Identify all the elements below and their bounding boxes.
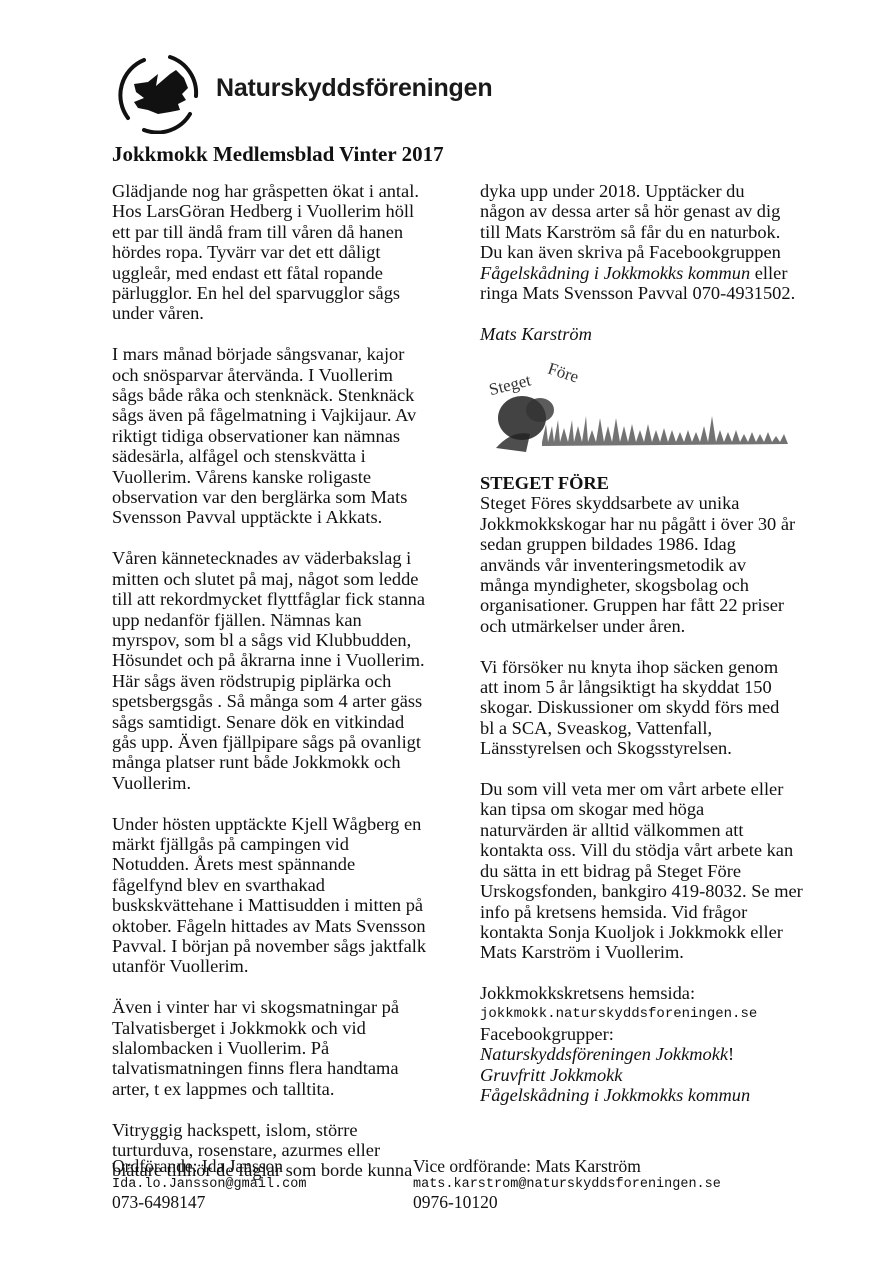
text-line: Talvatisberget i Jokkmokk och vid <box>112 1018 472 1038</box>
text-line: I mars månad började sångsvanar, kajor <box>112 344 472 364</box>
text-fragment: eller <box>750 263 787 283</box>
vice-chair-name: Vice ordförande: Mats Karström <box>413 1157 721 1176</box>
text-line: märkt fjällgås på campingen vid <box>112 834 472 854</box>
text-line: riktigt tidiga observationer kan nämnas <box>112 426 472 446</box>
footer-chair: Ordförande: Ida Jansson Ida.lo.Jansson@g… <box>112 1157 306 1212</box>
text-line: till att rekordmycket flyttfåglar fick s… <box>112 589 472 609</box>
text-line: dyka upp under 2018. Upptäcker du <box>480 181 820 201</box>
text-line: sedan gruppen bildades 1986. Idag <box>480 534 820 554</box>
text-line: ett par till ändå fram till våren då han… <box>112 222 472 242</box>
chair-phone: 073-6498147 <box>112 1193 306 1212</box>
paragraph-hosten: Under hösten upptäckte Kjell Wågberg en … <box>112 814 472 977</box>
text-line: Vuollerim. Vårens kanske roligaste <box>112 467 472 487</box>
signature: Mats Karström <box>480 324 820 344</box>
text-line: fågelfynd blev en svarthakad <box>112 875 472 895</box>
text-line: att inom 5 år långsiktigt ha skyddat 150 <box>480 677 820 697</box>
text-line: Hos LarsGöran Hedberg i Vuollerim höll <box>112 201 472 221</box>
paragraph-mars: I mars månad började sångsvanar, kajor o… <box>112 344 472 528</box>
text-line: Svensson Pavval upptäckte i Akkats. <box>112 507 472 527</box>
paragraph-vinter: Även i vinter har vi skogsmatningar på T… <box>112 997 472 1099</box>
text-line: kontakta Sonja Kuoljok i Jokkmokk eller <box>480 922 820 942</box>
text-line: ringa Mats Svensson Pavval 070-4931502. <box>480 283 820 303</box>
text-line: Länsstyrelsen och Skogsstyrelsen. <box>480 738 820 758</box>
website-link[interactable]: jokkmokk.naturskyddsforeningen.se <box>480 1004 820 1024</box>
facebook-group-link[interactable]: Gruvfritt Jokkmokk <box>480 1065 820 1085</box>
text-line: till Mats Karström så får du en naturbok… <box>480 222 820 242</box>
text-line: Steget Föres skyddsarbete av unika <box>480 493 820 513</box>
text-fragment: ! <box>728 1044 734 1064</box>
text-line: skogar. Diskussioner om skydd förs med <box>480 697 820 717</box>
section-heading: STEGET FÖRE <box>480 473 820 493</box>
text-line: sågs både råka och stenknäck. Stenknäck <box>112 385 472 405</box>
facebook-group-name: Fågelskådning i Jokkmokks kommun <box>480 263 750 283</box>
text-line: någon av dessa arter så hör genast av di… <box>480 201 820 221</box>
text-line: organisationer. Gruppen har fått 22 pris… <box>480 595 820 615</box>
text-line: hördes ropa. Tyvärr var det ett dåligt <box>112 242 472 262</box>
text-line: gås upp. Även fjällpipare sågs på ovanli… <box>112 732 472 752</box>
paragraph-grasspett: Glädjande nog har gråspetten ökat i anta… <box>112 181 472 324</box>
text-line: många myndigheter, skogsbolag och <box>480 575 820 595</box>
vice-chair-email[interactable]: mats.karstrom@naturskyddsforeningen.se <box>413 1176 721 1193</box>
org-name: Naturskyddsföreningen <box>216 74 492 103</box>
text-line: Mats Karström i Vuollerim. <box>480 942 820 962</box>
text-line: används vår inventeringsmetodik av <box>480 555 820 575</box>
right-column: dyka upp under 2018. Upptäcker du någon … <box>480 181 820 365</box>
text-line: Hösundet och på åkrarna inne i Vuollerim… <box>112 650 472 670</box>
text-line: info på kretsens hemsida. Vid frågor <box>480 902 820 922</box>
steget-section: STEGET FÖRE Steget Föres skyddsarbete av… <box>480 473 820 1106</box>
text-line: pärlugglor. En hel del sparvugglor sågs <box>112 283 472 303</box>
text-line: Urskogsfonden, bankgiro 419-8032. Se mer <box>480 881 820 901</box>
chair-email[interactable]: Ida.lo.Jansson@gmail.com <box>112 1176 306 1193</box>
text-line: Fågelskådning i Jokkmokks kommun eller <box>480 263 820 283</box>
paragraph-steget-history: Steget Föres skyddsarbete av unika Jokkm… <box>480 493 820 636</box>
text-line: Här sågs även rödstrupig piplärka och <box>112 671 472 691</box>
text-line: Glädjande nog har gråspetten ökat i anta… <box>112 181 472 201</box>
text-line: Pavval. I början på november sågs jaktfa… <box>112 936 472 956</box>
text-line: uggleår, med endast ett fåtal ropande <box>112 263 472 283</box>
text-line: sädesärla, alfågel och stenskvätta i <box>112 446 472 466</box>
text-line: kontakta oss. Vill du stödja vårt arbete… <box>480 840 820 860</box>
text-line: myrspov, som bl a sågs vid Klubbudden, <box>112 630 472 650</box>
facebook-label: Facebookgrupper: <box>480 1024 820 1044</box>
paragraph-varen: Våren kännetecknades av väderbakslag i m… <box>112 548 472 793</box>
svg-text:Före: Före <box>546 360 582 386</box>
steget-logo-text: Steget <box>487 370 533 399</box>
facebook-group-link[interactable]: Naturskyddsföreningen Jokkmokk! <box>480 1044 820 1064</box>
text-line: kan tipsa om skogar med höga <box>480 799 820 819</box>
text-line: slalombacken i Vuollerim. På <box>112 1038 472 1058</box>
org-logo: Naturskyddsföreningen <box>112 50 472 136</box>
swallow-logo-icon <box>114 52 206 134</box>
links-section: Jokkmokkskretsens hemsida: jokkmokk.natu… <box>480 983 820 1105</box>
text-line: mitten och slutet på maj, något som ledd… <box>112 569 472 589</box>
newsletter-page: Naturskyddsföreningen Jokkmokk Medlemsbl… <box>0 0 896 1268</box>
text-line: Under hösten upptäckte Kjell Wågberg en <box>112 814 472 834</box>
left-column: Glädjande nog har gråspetten ökat i anta… <box>112 181 472 1181</box>
text-line: Jokkmokkskogar har nu pågått i över 30 å… <box>480 514 820 534</box>
facebook-group-link[interactable]: Fågelskådning i Jokkmokks kommun <box>480 1085 820 1105</box>
vice-chair-phone: 0976-10120 <box>413 1193 721 1212</box>
text-line: observation var den berglärka som Mats <box>112 487 472 507</box>
text-line: Vuollerim. <box>112 773 472 793</box>
text-line: och utmärkelser under åren. <box>480 616 820 636</box>
paragraph-continued: dyka upp under 2018. Upptäcker du någon … <box>480 181 820 303</box>
text-line: Du som vill veta mer om vårt arbete elle… <box>480 779 820 799</box>
text-line: naturvärden är alltid välkommen att <box>480 820 820 840</box>
text-line: Du kan även skriva på Facebookgruppen <box>480 242 820 262</box>
text-line: utanför Vuollerim. <box>112 956 472 976</box>
text-line: Våren kännetecknades av väderbakslag i <box>112 548 472 568</box>
text-line: sågs samtidigt. Senare dök en vitkindad <box>112 712 472 732</box>
paragraph-steget-contact: Du som vill veta mer om vårt arbete elle… <box>480 779 820 963</box>
text-line: Notudden. Årets mest spännande <box>112 854 472 874</box>
text-line: spetsbergsgås . Så många som 4 arter gäs… <box>112 691 472 711</box>
footer-vice-chair: Vice ordförande: Mats Karström mats.kars… <box>413 1157 721 1212</box>
text-line: Vi försöker nu knyta ihop säcken genom <box>480 657 820 677</box>
page-title: Jokkmokk Medlemsblad Vinter 2017 <box>112 142 444 167</box>
text-line: många platser runt både Jokkmokk och <box>112 752 472 772</box>
text-line: arter, t ex lappmes och talltita. <box>112 1079 472 1099</box>
text-line: upp nedanför fjällen. Nämnas kan <box>112 610 472 630</box>
website-label: Jokkmokkskretsens hemsida: <box>480 983 820 1003</box>
text-line: och snösparvar återvända. I Vuollerim <box>112 365 472 385</box>
paragraph-steget-goal: Vi försöker nu knyta ihop säcken genom a… <box>480 657 820 759</box>
text-line: Även i vinter har vi skogsmatningar på <box>112 997 472 1017</box>
steget-fore-forest-icon: Steget Före <box>482 360 792 460</box>
text-line: du sätta in ett bidrag på Steget Före <box>480 861 820 881</box>
text-line: talvatismatningen finns flera handtama <box>112 1058 472 1078</box>
text-line: oktober. Fågeln hittades av Mats Svensso… <box>112 916 472 936</box>
text-line: under våren. <box>112 303 472 323</box>
text-line: bl a SCA, Sveaskog, Vattenfall, <box>480 718 820 738</box>
facebook-group-name: Naturskyddsföreningen Jokkmokk <box>480 1044 728 1064</box>
text-line: Vitryggig hackspett, islom, större <box>112 1120 472 1140</box>
chair-name: Ordförande: Ida Jansson <box>112 1157 306 1176</box>
text-line: buskskvättehane i Mattisudden i mitten p… <box>112 895 472 915</box>
text-line: sågs även på fågelmatning i Vajkijaur. A… <box>112 405 472 425</box>
